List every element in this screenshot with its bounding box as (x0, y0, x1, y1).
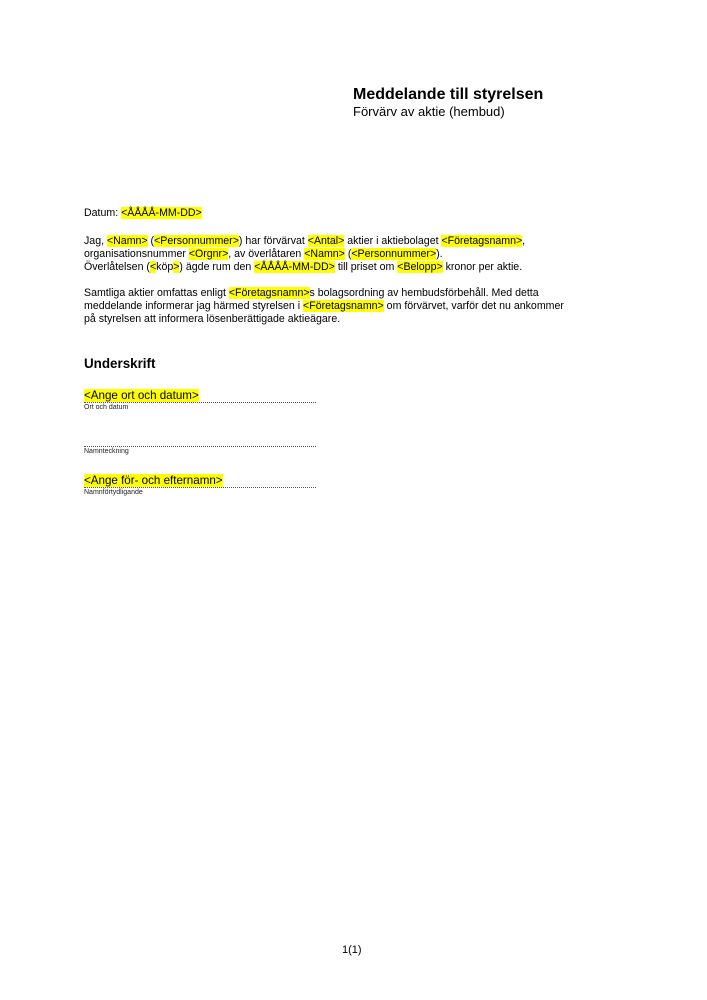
signature-field-place-date: <Ange ort och datum> Ort och datum (84, 389, 316, 412)
foretagsnamn-placeholder[interactable]: <Företagsnamn> (229, 287, 310, 299)
document-title: Meddelande till styrelsen (353, 85, 543, 104)
document-header: Meddelande till styrelsen Förvärv av akt… (353, 85, 543, 119)
signature-heading: Underskrift (84, 356, 155, 372)
text: ) har förvärvat (239, 235, 308, 247)
text: organisationsnummer (84, 248, 189, 260)
date-label: Datum: (84, 207, 121, 219)
text: Samtliga aktier omfattas enligt (84, 287, 229, 299)
text: , av överlåtaren (228, 248, 304, 260)
place-date-caption: Ort och datum (84, 403, 316, 412)
personnummer-placeholder[interactable]: <Personnummer> (154, 235, 239, 247)
foretagsnamn-placeholder[interactable]: <Företagsnamn> (303, 300, 384, 312)
text: Jag, (84, 235, 107, 247)
name-placeholder[interactable]: <Namn> (107, 235, 148, 247)
signature-field-name-clarification: <Ange för- och efternamn> Namnförtydliga… (84, 474, 316, 497)
text: om förvärvet, varför det nu ankommer (384, 300, 564, 312)
page-number: 1(1) (342, 944, 362, 957)
orgnr-placeholder[interactable]: <Orgnr> (189, 248, 228, 260)
signature-field-signature: Namnteckning (84, 446, 316, 456)
text: ) ägde rum den (179, 261, 254, 273)
text: meddelande informerar jag härmed styrels… (84, 300, 303, 312)
text: s bolagsordning av hembudsförbehåll. Med… (310, 287, 539, 299)
text: på styrelsen att informera lösenberättig… (84, 313, 340, 325)
foretagsnamn-placeholder[interactable]: <Företagsnamn> (441, 235, 522, 247)
date-placeholder[interactable]: <ÅÅÅÅ-MM-DD> (121, 207, 202, 219)
date-line: Datum: <ÅÅÅÅ-MM-DD> (84, 207, 644, 220)
full-name-input[interactable]: <Ange för- och efternamn> (84, 474, 316, 487)
place-date-placeholder[interactable]: <Ange ort och datum> (84, 389, 199, 402)
document-subtitle: Förvärv av aktie (hembud) (353, 104, 543, 119)
text: aktier i aktiebolaget (344, 235, 441, 247)
belopp-placeholder[interactable]: <Belopp> (397, 261, 442, 273)
preemption-paragraph: Samtliga aktier omfattas enligt <Företag… (84, 287, 644, 326)
seller-personnummer-placeholder[interactable]: <Personnummer> (351, 248, 436, 260)
kop-word: köp (156, 261, 173, 273)
name-clarification-caption: Namnförtydligande (84, 488, 316, 497)
full-name-placeholder[interactable]: <Ange för- och efternamn> (84, 474, 223, 487)
signature-caption: Namnteckning (84, 447, 316, 456)
seller-name-placeholder[interactable]: <Namn> (304, 248, 345, 260)
antal-placeholder[interactable]: <Antal> (308, 235, 345, 247)
text: Överlåtelsen ( (84, 261, 150, 273)
acquisition-paragraph: Jag, <Namn> (<Personnummer>) har förvärv… (84, 235, 644, 274)
text: till priset om (335, 261, 397, 273)
text: kronor per aktie. (443, 261, 523, 273)
place-date-input[interactable]: <Ange ort och datum> (84, 389, 316, 402)
text: , (522, 235, 525, 247)
text: ). (436, 248, 442, 260)
transfer-date-placeholder[interactable]: <ÅÅÅÅ-MM-DD> (254, 261, 335, 273)
